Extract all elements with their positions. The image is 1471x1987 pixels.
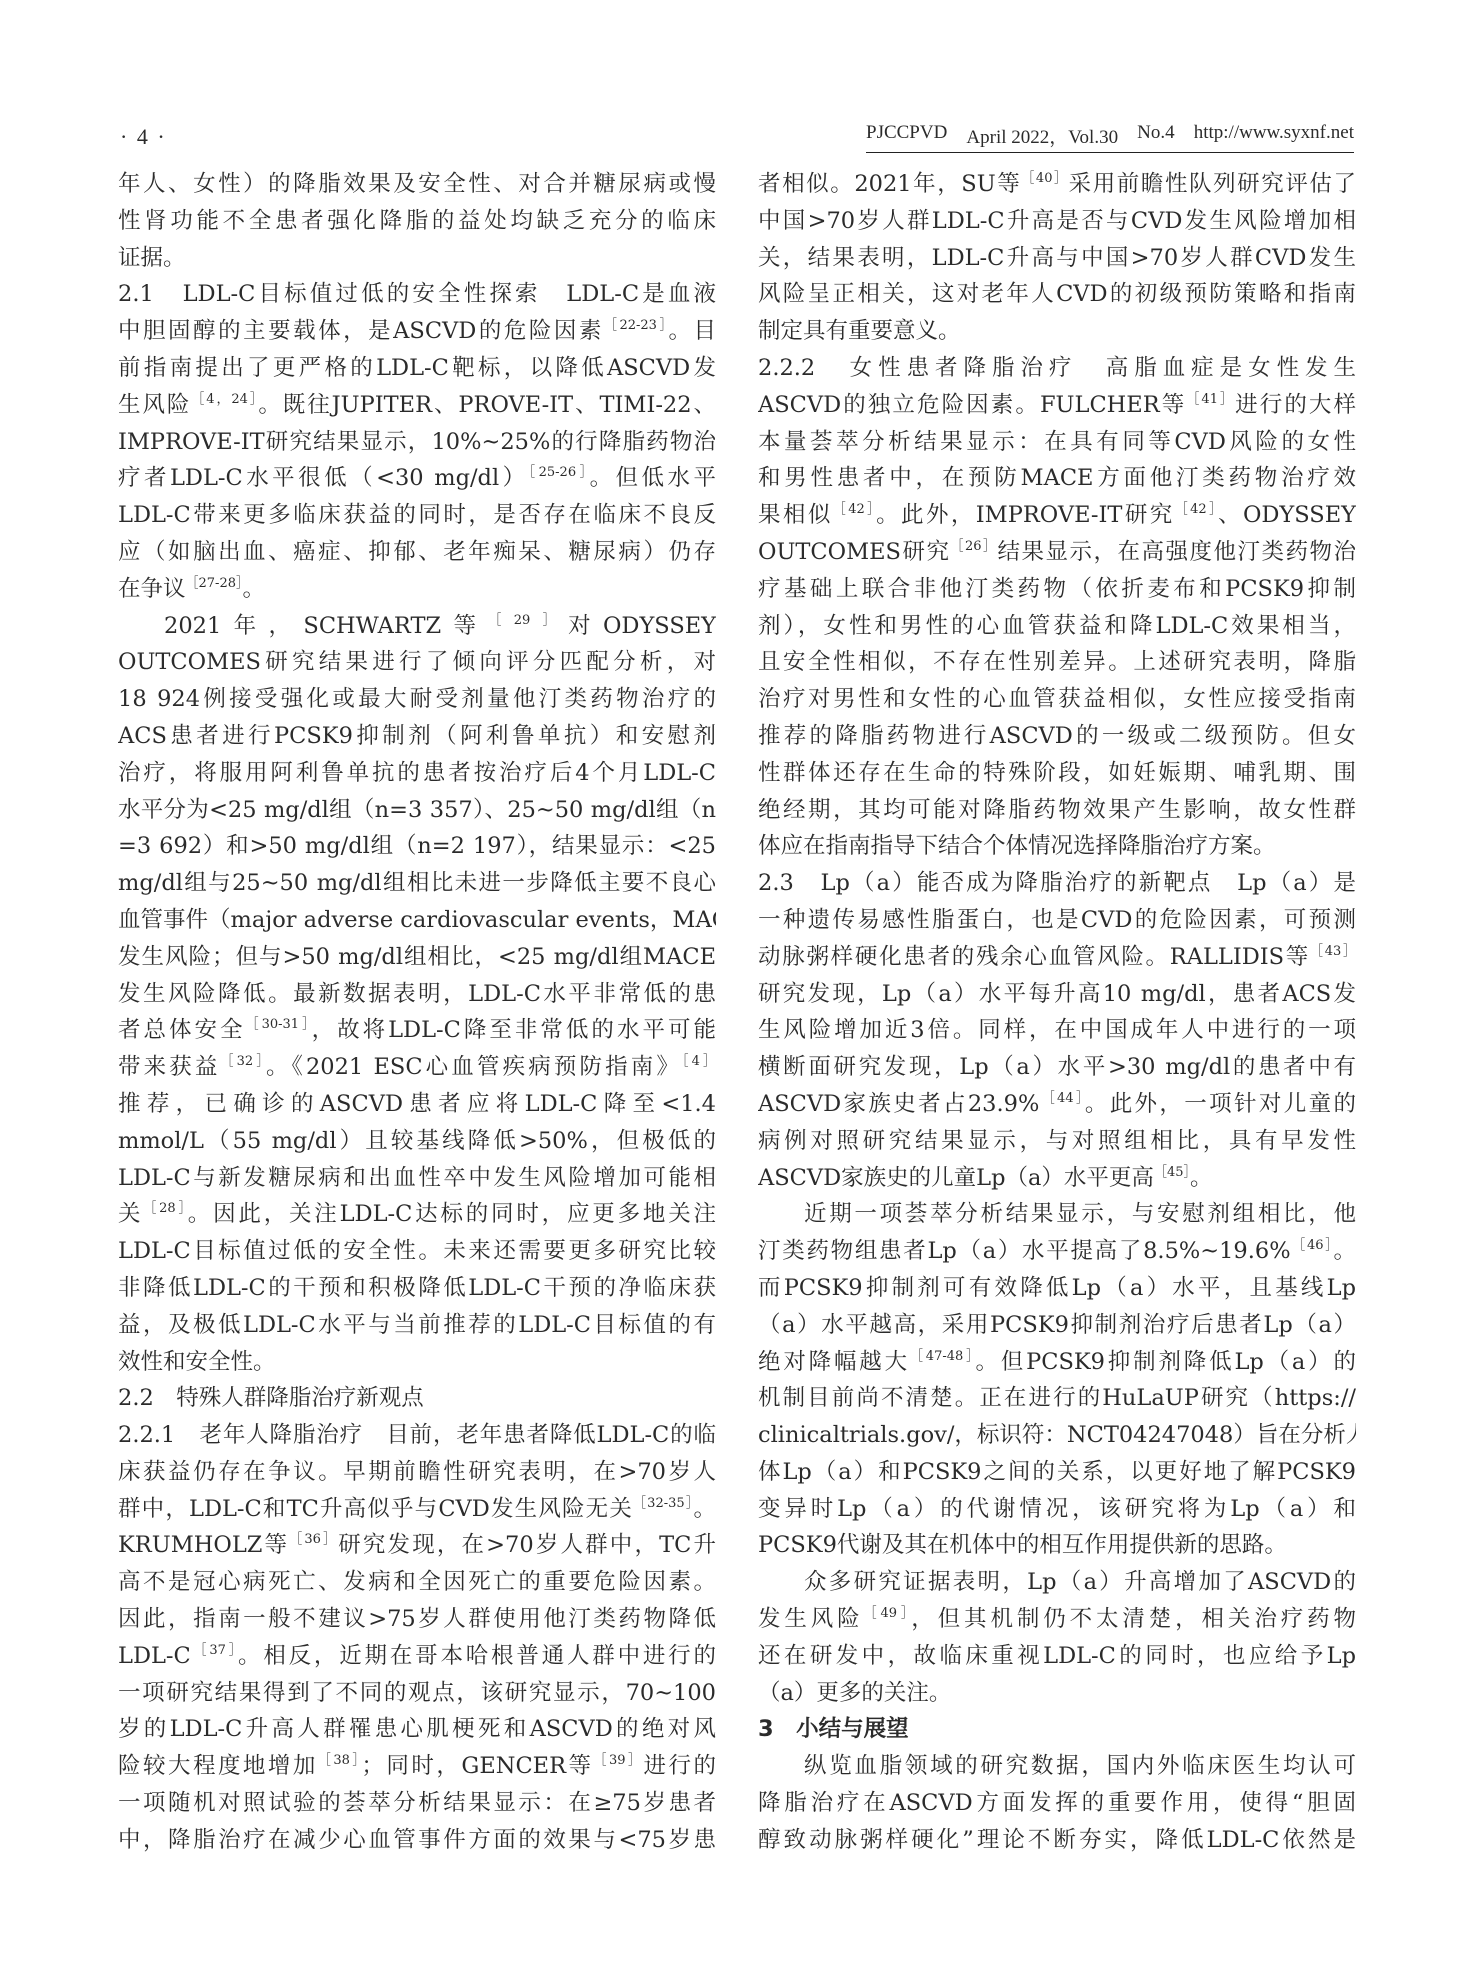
- citation-ref[interactable]: ［46］: [1291, 1238, 1334, 1253]
- text-line: ASCVD家族史者占23.9%［44］。此外，一项针对儿童的: [758, 1086, 1356, 1123]
- line-text: 年人、女性）的降脂效果及安全性、对合并糖尿病或慢: [118, 171, 716, 197]
- issue-number: No.4: [1137, 122, 1174, 149]
- text-line: 2021年，SCHWARTZ等［29］对ODYSSEY: [118, 608, 716, 645]
- line-text: 研究发现，在>70岁人群中，TC升: [338, 1532, 716, 1558]
- line-text: 。此外，一项针对儿童的: [1085, 1091, 1356, 1117]
- citation-ref[interactable]: ［43］: [1310, 944, 1356, 959]
- citation-ref[interactable]: ［44］: [1039, 1091, 1085, 1106]
- line-text: 绝对降幅越大: [758, 1349, 910, 1375]
- line-text: 一种遗传易感性脂蛋白，也是CVD的危险因素，可预测: [758, 907, 1356, 933]
- line-text: 前指南提出了更严格的LDL-C靶标，以降低ASCVD发: [118, 355, 716, 381]
- line-text: KRUMHOLZ等: [118, 1532, 289, 1558]
- line-text: 群中，LDL-C和TC升高似乎与CVD发生风险无关: [118, 1496, 633, 1522]
- citation-ref[interactable]: ［37］: [191, 1643, 238, 1658]
- line-text: 益，及极低LDL-C水平与当前推荐的LDL-C目标值的有: [118, 1312, 716, 1338]
- text-line: 还在研发中，故临床重视LDL-C的同时，也应给予Lp: [758, 1638, 1356, 1675]
- line-text: 。: [693, 1496, 716, 1522]
- line-text: 者总体安全: [118, 1017, 246, 1043]
- text-line: 者总体安全［30-31］，故将LDL-C降至非常低的水平可能: [118, 1012, 716, 1049]
- text-line: 性肾功能不全患者强化降脂的益处均缺乏充分的临床: [118, 203, 716, 240]
- line-text: mg/dl组与25~50 mg/dl组相比未进一步降低主要不良心: [118, 870, 716, 896]
- line-text: 疗基础上联合非他汀类药物（依折麦布和PCSK9抑制: [758, 576, 1356, 602]
- text-line: 年人、女性）的降脂效果及安全性、对合并糖尿病或慢: [118, 166, 716, 203]
- section-heading: 2.1 LDL-C目标值过低的安全性探索 LDL-C是血液: [118, 276, 716, 313]
- text-line: 病例对照研究结果显示，与对照组相比，具有早发性: [758, 1123, 1356, 1160]
- text-line: 中国>70岁人群LDL-C升高是否与CVD发生风险增加相: [758, 203, 1356, 240]
- text-line: 汀类药物组患者Lp（a）水平提高了8.5%~19.6%［46］。: [758, 1233, 1356, 1270]
- line-text: 2.2 特殊人群降脂治疗新观点: [118, 1385, 424, 1411]
- text-line: 发生风险［49］，但其机制仍不太清楚，相关治疗药物: [758, 1601, 1356, 1638]
- line-text: 血管事件（major adverse cardiovascular events…: [118, 907, 716, 933]
- line-text: 。因此，关注LDL-C达标的同时，应更多地关注: [188, 1201, 716, 1227]
- text-line: 治疗对男性和女性的心血管获益相似，女性应接受指南: [758, 681, 1356, 718]
- line-text: 采用前瞻性队列研究评估了: [1069, 171, 1356, 197]
- text-line: 推荐，已确诊的ASCVD患者应将LDL-C降至<1.4: [118, 1086, 716, 1123]
- text-line: 果相似［42］。此外，IMPROVE-IT研究［42］、ODYSSEY: [758, 497, 1356, 534]
- line-text: ，故将LDL-C降至非常低的水平可能: [312, 1017, 716, 1043]
- text-line: 床获益仍存在争议。早期前瞻性研究表明，在>70岁人: [118, 1454, 716, 1491]
- line-text: 本量荟萃分析结果显示：在具有同等CVD风险的女性: [758, 429, 1356, 455]
- text-line: mmol/L（55 mg/dl）且较基线降低>50%，但极低的: [118, 1123, 716, 1160]
- text-line: 近期一项荟萃分析结果显示，与安慰剂组相比，他: [758, 1196, 1356, 1233]
- text-line: 证据。: [118, 240, 716, 277]
- line-text: 2021年，SCHWARTZ等: [164, 613, 488, 639]
- line-text: 果相似: [758, 502, 833, 528]
- issue-date: April 2022，Vol.30: [966, 122, 1118, 149]
- citation-ref[interactable]: ［22-23］: [604, 318, 669, 333]
- line-text: ASCVD的独立危险因素。FULCHER等: [758, 392, 1186, 418]
- text-line: 本量荟萃分析结果显示：在具有同等CVD风险的女性: [758, 424, 1356, 461]
- text-line: 前指南提出了更严格的LDL-C靶标，以降低ASCVD发: [118, 350, 716, 387]
- line-text: 横断面研究发现，Lp（a）水平>30 mg/dl的患者中有: [758, 1054, 1356, 1080]
- line-text: ASCVD家族史者占23.9%: [758, 1091, 1039, 1117]
- text-line: 生风险［4，24］。既往JUPITER、PROVE-IT、TIMI-22、: [118, 387, 716, 424]
- line-text: 发生风险降低。最新数据表明，LDL-C水平非常低的患: [118, 981, 716, 1007]
- line-text: 一项随机对照试验的荟萃分析结果显示：在≥75岁患者: [118, 1790, 716, 1816]
- line-text: ，但其机制仍不太清楚，相关治疗药物: [911, 1606, 1356, 1632]
- line-text: 生风险: [118, 392, 191, 418]
- line-text: 而PCSK9抑制剂可有效降低Lp（a）水平，且基线Lp: [758, 1275, 1356, 1301]
- text-line: 纵览血脂领域的研究数据，国内外临床医生均认可: [758, 1748, 1356, 1785]
- line-text: 还在研发中，故临床重视LDL-C的同时，也应给予Lp: [758, 1643, 1356, 1669]
- line-text: 制定具有重要意义。: [758, 318, 961, 344]
- text-line: 群中，LDL-C和TC升高似乎与CVD发生风险无关［32-35］。: [118, 1491, 716, 1528]
- section-heading: 2.2 特殊人群降脂治疗新观点: [118, 1380, 716, 1417]
- line-text: 、ODYSSEY: [1218, 502, 1356, 528]
- text-line: 风险呈正相关，这对老年人CVD的初级预防策略和指南: [758, 276, 1356, 313]
- line-text: 且安全性相似，不存在性别差异。上述研究表明，降脂: [758, 649, 1356, 675]
- citation-ref[interactable]: ［26］: [950, 539, 997, 554]
- citation-ref[interactable]: ［25-26］: [529, 465, 590, 480]
- text-line: 因此，指南一般不建议>75岁人群使用他汀类药物降低: [118, 1601, 716, 1638]
- line-text: 。但低水平: [590, 465, 716, 491]
- citation-ref[interactable]: ［32］: [221, 1054, 266, 1069]
- line-text: 治疗对男性和女性的心血管获益相似，女性应接受指南: [758, 686, 1356, 712]
- text-line: 岁的LDL-C升高人群罹患心肌梗死和ASCVD的绝对风: [118, 1711, 716, 1748]
- text-line: 绝对降幅越大［47-48］。但PCSK9抑制剂降低Lp（a）的: [758, 1344, 1356, 1381]
- line-text: 。相反，近期在哥本哈根普通人群中进行的: [238, 1643, 716, 1669]
- text-line: 一种遗传易感性脂蛋白，也是CVD的危险因素，可预测: [758, 902, 1356, 939]
- text-line: （a）水平越高，采用PCSK9抑制剂治疗后患者Lp（a）: [758, 1307, 1356, 1344]
- journal-url[interactable]: http://www.syxnf.net: [1194, 122, 1354, 149]
- line-text: 高不是冠心病死亡、发病和全因死亡的重要危险因素。: [118, 1569, 716, 1595]
- citation-ref[interactable]: ［49］: [864, 1606, 912, 1621]
- line-text: 推荐，已确诊的ASCVD患者应将LDL-C降至<1.4: [118, 1091, 716, 1117]
- line-text: 者相似。2021年，SU等: [758, 171, 1021, 197]
- text-line: LDL-C带来更多临床获益的同时，是否存在临床不良反: [118, 497, 716, 534]
- line-text: 发生风险；但与>50 mg/dl组相比，<25 mg/dl组MACE: [118, 944, 716, 970]
- line-text: OUTCOMES研究结果进行了倾向评分匹配分析，对: [118, 649, 716, 675]
- text-line: 一项随机对照试验的荟萃分析结果显示：在≥75岁患者: [118, 1785, 716, 1822]
- citation-ref[interactable]: ［41］: [1186, 392, 1235, 407]
- line-text: 剂），女性和男性的心血管获益和降LDL-C效果相当，: [758, 613, 1356, 639]
- line-text: 体Lp（a）和PCSK9之间的关系，以更好地了解PCSK9: [758, 1459, 1356, 1485]
- line-text: 2.1 LDL-C目标值过低的安全性探索 LDL-C是血液: [118, 281, 716, 307]
- line-text: mmol/L（55 mg/dl）且较基线降低>50%，但极低的: [118, 1128, 716, 1154]
- line-text: 。既往JUPITER、PROVE-IT、TIMI-22、: [258, 392, 716, 418]
- line-text: 关，结果表明，LDL-C升高与中国>70岁人群CVD发生: [758, 245, 1356, 271]
- line-text: 带来获益: [118, 1054, 221, 1080]
- line-text: =3 692）和>50 mg/dl组（n=2 197），结果显示：<25: [118, 833, 716, 859]
- line-text: 险较大程度地增加: [118, 1753, 318, 1779]
- line-text: 生风险增加近3倍。同样，在中国成年人中进行的一项: [758, 1017, 1356, 1043]
- text-line: OUTCOMES研究［26］结果显示，在高强度他汀类药物治: [758, 534, 1356, 571]
- text-line: LDL-C目标值过低的安全性。未来还需要更多研究比较: [118, 1233, 716, 1270]
- text-line: IMPROVE-IT研究结果显示，10%~25%的行降脂药物治: [118, 424, 716, 461]
- line-text: 进行的: [644, 1753, 716, 1779]
- text-line: 性群体还存在生命的特殊阶段，如妊娠期、哺乳期、围: [758, 755, 1356, 792]
- text-line: 疗基础上联合非他汀类药物（依折麦布和PCSK9抑制: [758, 571, 1356, 608]
- text-line: 在争议［27-28］。: [118, 571, 716, 608]
- text-line: 横断面研究发现，Lp（a）水平>30 mg/dl的患者中有: [758, 1049, 1356, 1086]
- journal-abbrev: PJCCPVD: [866, 122, 947, 149]
- text-line: 水平分为<25 mg/dl组（n=3 357）、25~50 mg/dl组（n: [118, 792, 716, 829]
- line-text: 关: [118, 1201, 143, 1227]
- line-text: 非降低LDL-C的干预和积极降低LDL-C干预的净临床获: [118, 1275, 716, 1301]
- text-line: =3 692）和>50 mg/dl组（n=2 197），结果显示：<25: [118, 828, 716, 865]
- line-text: 2.2.2 女性患者降脂治疗 高脂血症是女性发生: [758, 355, 1356, 381]
- line-text: LDL-C目标值过低的安全性。未来还需要更多研究比较: [118, 1238, 716, 1264]
- citation-ref[interactable]: ［39］: [594, 1753, 644, 1768]
- citation-ref[interactable]: ［36］: [289, 1532, 338, 1547]
- line-text: 18 924例接受强化或最大耐受剂量他汀类药物治疗的: [118, 686, 716, 712]
- line-text: 效性和安全性。: [118, 1349, 276, 1375]
- line-text: clinicaltrials.gov/，标识符：NCT04247048）旨在分析…: [758, 1422, 1356, 1448]
- line-text: 动脉粥样硬化患者的残余心血管风险。RALLIDIS等: [758, 944, 1310, 970]
- citation-ref[interactable]: ［30-31］: [246, 1017, 312, 1032]
- line-text: PCSK9代谢及其在机体中的相互作用提供新的思路。: [758, 1532, 1287, 1558]
- section-heading: 2.3 Lp（a）能否成为降脂治疗的新靶点 Lp（a）是: [758, 865, 1356, 902]
- line-text: 推荐的降脂药物进行ASCVD的一级或二级预防。但女: [758, 723, 1356, 749]
- citation-ref[interactable]: ［42］: [1175, 502, 1218, 517]
- section-heading: 2.2.1 老年人降脂治疗 目前，老年患者降低LDL-C的临: [118, 1417, 716, 1454]
- text-line: 高不是冠心病死亡、发病和全因死亡的重要危险因素。: [118, 1564, 716, 1601]
- text-line: 剂），女性和男性的心血管获益和降LDL-C效果相当，: [758, 608, 1356, 645]
- section-heading: 2.2.2 女性患者降脂治疗 高脂血症是女性发生: [758, 350, 1356, 387]
- line-text: ；同时，GENCER等: [361, 1753, 593, 1779]
- line-text: 因此，指南一般不建议>75岁人群使用他汀类药物降低: [118, 1606, 716, 1632]
- text-line: 生风险增加近3倍。同样，在中国成年人中进行的一项: [758, 1012, 1356, 1049]
- text-line: 和男性患者中，在预防MACE方面他汀类药物治疗效: [758, 460, 1356, 497]
- text-line: PCSK9代谢及其在机体中的相互作用提供新的思路。: [758, 1527, 1356, 1564]
- line-text: 。《2021 ESC心血管疾病预防指南》: [266, 1054, 682, 1080]
- text-line: 者相似。2021年，SU等［40］采用前瞻性队列研究评估了: [758, 166, 1356, 203]
- text-line: 发生风险降低。最新数据表明，LDL-C水平非常低的患: [118, 976, 716, 1013]
- line-text: OUTCOMES研究: [758, 539, 950, 565]
- line-text: 进行的大样: [1235, 392, 1356, 418]
- line-text: 纵览血脂领域的研究数据，国内外临床医生均认可: [804, 1753, 1356, 1779]
- line-text: 绝经期，其均可能对降脂药物效果产生影响，故女性群: [758, 797, 1356, 823]
- citation-ref[interactable]: ［32-35］: [633, 1496, 693, 1511]
- text-line: 中胆固醇的主要载体，是ASCVD的危险因素［22-23］。目: [118, 313, 716, 350]
- line-text: 降脂治疗在ASCVD方面发挥的重要作用，使得“胆固: [758, 1790, 1356, 1816]
- line-text: 治疗，将服用阿利鲁单抗的患者按治疗后4个月LDL-C: [118, 760, 716, 786]
- text-line: 众多研究证据表明，Lp（a）升高增加了ASCVD的: [758, 1564, 1356, 1601]
- text-line: 中，降脂治疗在减少心血管事件方面的效果与<75岁患: [118, 1822, 716, 1859]
- line-text: 一项研究结果得到了不同的观点，该研究显示，70~100: [118, 1680, 716, 1706]
- section-heading: 3 小结与展望: [758, 1711, 1356, 1748]
- text-line: 体Lp（a）和PCSK9之间的关系，以更好地了解PCSK9: [758, 1454, 1356, 1491]
- line-text: 和男性患者中，在预防MACE方面他汀类药物治疗效: [758, 465, 1356, 491]
- text-line: 绝经期，其均可能对降脂药物效果产生影响，故女性群: [758, 792, 1356, 829]
- line-text: （a）更多的关注。: [758, 1680, 951, 1706]
- line-text: LDL-C: [118, 1643, 191, 1669]
- line-text: 水平分为<25 mg/dl组（n=3 357）、25~50 mg/dl组（n: [118, 797, 716, 823]
- line-text: 2.3 Lp（a）能否成为降脂治疗的新靶点 Lp（a）是: [758, 870, 1356, 896]
- text-line: 带来获益［32］。《2021 ESC心血管疾病预防指南》［4］: [118, 1049, 716, 1086]
- text-line: 益，及极低LDL-C水平与当前推荐的LDL-C目标值的有: [118, 1307, 716, 1344]
- line-text: 在争议: [118, 576, 186, 602]
- text-line: 体应在指南指导下结合个体情况选择降脂治疗方案。: [758, 828, 1356, 865]
- line-text: 。: [243, 576, 266, 602]
- text-line: 效性和安全性。: [118, 1344, 716, 1381]
- text-line: 关，结果表明，LDL-C升高与中国>70岁人群CVD发生: [758, 240, 1356, 277]
- citation-ref[interactable]: ［28］: [143, 1201, 187, 1216]
- line-text: 病例对照研究结果显示，与对照组相比，具有早发性: [758, 1128, 1356, 1154]
- text-line: 疗者LDL-C水平很低（<30 mg/dl）［25-26］。但低水平: [118, 460, 716, 497]
- text-line: 研究发现，Lp（a）水平每升高10 mg/dl，患者ACS发: [758, 976, 1356, 1013]
- line-text: 中国>70岁人群LDL-C升高是否与CVD发生风险增加相: [758, 208, 1356, 234]
- line-text: 变异时Lp（a）的代谢情况，该研究将为Lp（a）和: [758, 1496, 1356, 1522]
- line-text: 床获益仍存在争议。早期前瞻性研究表明，在>70岁人: [118, 1459, 716, 1485]
- text-line: clinicaltrials.gov/，标识符：NCT04247048）旨在分析…: [758, 1417, 1356, 1454]
- text-line: mg/dl组与25~50 mg/dl组相比未进一步降低主要不良心: [118, 865, 716, 902]
- line-text: 。此外，IMPROVE-IT研究: [876, 502, 1175, 528]
- text-line: （a）更多的关注。: [758, 1675, 1356, 1712]
- text-line: 降脂治疗在ASCVD方面发挥的重要作用，使得“胆固: [758, 1785, 1356, 1822]
- running-head: PJCCPVD April 2022，Vol.30 No.4 http://ww…: [866, 122, 1354, 153]
- text-line: LDL-C［37］。相反，近期在哥本哈根普通人群中进行的: [118, 1638, 716, 1675]
- text-line: 推荐的降脂药物进行ASCVD的一级或二级预防。但女: [758, 718, 1356, 755]
- line-text: （a）水平越高，采用PCSK9抑制剂治疗后患者Lp（a）: [758, 1312, 1356, 1338]
- text-line: 血管事件（major adverse cardiovascular events…: [118, 902, 716, 939]
- text-line: OUTCOMES研究结果进行了倾向评分匹配分析，对: [118, 644, 716, 681]
- text-line: 18 924例接受强化或最大耐受剂量他汀类药物治疗的: [118, 681, 716, 718]
- text-line: 应（如脑出血、癌症、抑郁、老年痴呆、糖尿病）仍存: [118, 534, 716, 571]
- line-text: 醇致动脉粥样硬化”理论不断夯实，降低LDL-C依然是: [758, 1827, 1356, 1853]
- line-text: IMPROVE-IT研究结果显示，10%~25%的行降脂药物治: [118, 429, 716, 455]
- line-text: 2.2.1 老年人降脂治疗 目前，老年患者降低LDL-C的临: [118, 1422, 716, 1448]
- text-line: KRUMHOLZ等［36］研究发现，在>70岁人群中，TC升: [118, 1527, 716, 1564]
- line-text: 。但PCSK9抑制剂降低Lp（a）的: [975, 1349, 1356, 1375]
- citation-ref[interactable]: ［4］: [682, 1054, 716, 1069]
- text-line: 一项研究结果得到了不同的观点，该研究显示，70~100: [118, 1675, 716, 1712]
- line-text: 性群体还存在生命的特殊阶段，如妊娠期、哺乳期、围: [758, 760, 1356, 786]
- line-text: 性肾功能不全患者强化降脂的益处均缺乏充分的临床: [118, 208, 716, 234]
- line-text: 证据。: [118, 245, 186, 271]
- citation-ref[interactable]: ［38］: [318, 1753, 362, 1768]
- citation-ref[interactable]: ［27-28］: [186, 576, 243, 591]
- text-line: 制定具有重要意义。: [758, 313, 1356, 350]
- line-text: LDL-C带来更多临床获益的同时，是否存在临床不良反: [118, 502, 716, 528]
- line-text: 3 小结与展望: [758, 1716, 909, 1742]
- line-text: 结果显示，在高强度他汀类药物治: [998, 539, 1356, 565]
- text-line: 而PCSK9抑制剂可有效降低Lp（a）水平，且基线Lp: [758, 1270, 1356, 1307]
- line-text: 岁的LDL-C升高人群罹患心肌梗死和ASCVD的绝对风: [118, 1716, 716, 1742]
- line-text: 中，降脂治疗在减少心血管事件方面的效果与<75岁患: [118, 1827, 716, 1853]
- citation-ref[interactable]: ［4，24］: [191, 392, 258, 407]
- line-text: 发生风险: [758, 1606, 864, 1632]
- line-text: 机制目前尚不清楚。正在进行的HuLaUP研究（https://: [758, 1385, 1356, 1411]
- line-text: 疗者LDL-C水平很低（<30 mg/dl）: [118, 465, 529, 491]
- line-text: 。: [1333, 1238, 1356, 1264]
- line-text: 汀类药物组患者Lp（a）水平提高了8.5%~19.6%: [758, 1238, 1291, 1264]
- text-line: 机制目前尚不清楚。正在进行的HuLaUP研究（https://: [758, 1380, 1356, 1417]
- text-line: 治疗，将服用阿利鲁单抗的患者按治疗后4个月LDL-C: [118, 755, 716, 792]
- line-text: ASCVD家族史的儿童Lp（a）水平更高: [758, 1165, 1154, 1191]
- line-text: 。: [1190, 1165, 1213, 1191]
- text-line: 且安全性相似，不存在性别差异。上述研究表明，降脂: [758, 644, 1356, 681]
- text-line: 关［28］。因此，关注LDL-C达标的同时，应更多地关注: [118, 1196, 716, 1233]
- line-text: 应（如脑出血、癌症、抑郁、老年痴呆、糖尿病）仍存: [118, 539, 716, 565]
- page-number: · 4 ·: [120, 124, 167, 150]
- citation-ref[interactable]: ［47-48］: [910, 1349, 975, 1364]
- line-text: 。目: [668, 318, 716, 344]
- text-line: ASCVD的独立危险因素。FULCHER等［41］进行的大样: [758, 387, 1356, 424]
- left-column: 年人、女性）的降脂效果及安全性、对合并糖尿病或慢性肾功能不全患者强化降脂的益处均…: [118, 166, 716, 1859]
- line-text: 对ODYSSEY: [568, 613, 716, 639]
- text-line: 动脉粥样硬化患者的残余心血管风险。RALLIDIS等［43］: [758, 939, 1356, 976]
- line-text: 研究发现，Lp（a）水平每升高10 mg/dl，患者ACS发: [758, 981, 1356, 1007]
- line-text: 众多研究证据表明，Lp（a）升高增加了ASCVD的: [804, 1569, 1356, 1595]
- line-text: ACS患者进行PCSK9抑制剂（阿利鲁单抗）和安慰剂: [118, 723, 716, 749]
- text-line: 险较大程度地增加［38］；同时，GENCER等［39］进行的: [118, 1748, 716, 1785]
- text-line: 非降低LDL-C的干预和积极降低LDL-C干预的净临床获: [118, 1270, 716, 1307]
- citation-ref[interactable]: ［42］: [833, 502, 876, 517]
- line-text: 风险呈正相关，这对老年人CVD的初级预防策略和指南: [758, 281, 1356, 307]
- right-column: 者相似。2021年，SU等［40］采用前瞻性队列研究评估了中国>70岁人群LDL…: [758, 166, 1356, 1859]
- citation-ref[interactable]: ［40］: [1021, 171, 1068, 186]
- text-line: 发生风险；但与>50 mg/dl组相比，<25 mg/dl组MACE: [118, 939, 716, 976]
- citation-ref[interactable]: ［45］: [1154, 1165, 1190, 1180]
- line-text: 近期一项荟萃分析结果显示，与安慰剂组相比，他: [804, 1201, 1356, 1227]
- citation-ref[interactable]: ［29］: [488, 613, 568, 628]
- text-line: ACS患者进行PCSK9抑制剂（阿利鲁单抗）和安慰剂: [118, 718, 716, 755]
- line-text: LDL-C与新发糖尿病和出血性卒中发生风险增加可能相: [118, 1165, 716, 1191]
- text-line: LDL-C与新发糖尿病和出血性卒中发生风险增加可能相: [118, 1160, 716, 1197]
- text-line: ASCVD家族史的儿童Lp（a）水平更高［45］。: [758, 1160, 1356, 1197]
- line-text: 体应在指南指导下结合个体情况选择降脂治疗方案。: [758, 833, 1276, 859]
- line-text: 中胆固醇的主要载体，是ASCVD的危险因素: [118, 318, 604, 344]
- text-line: 变异时Lp（a）的代谢情况，该研究将为Lp（a）和: [758, 1491, 1356, 1528]
- text-line: 醇致动脉粥样硬化”理论不断夯实，降低LDL-C依然是: [758, 1822, 1356, 1859]
